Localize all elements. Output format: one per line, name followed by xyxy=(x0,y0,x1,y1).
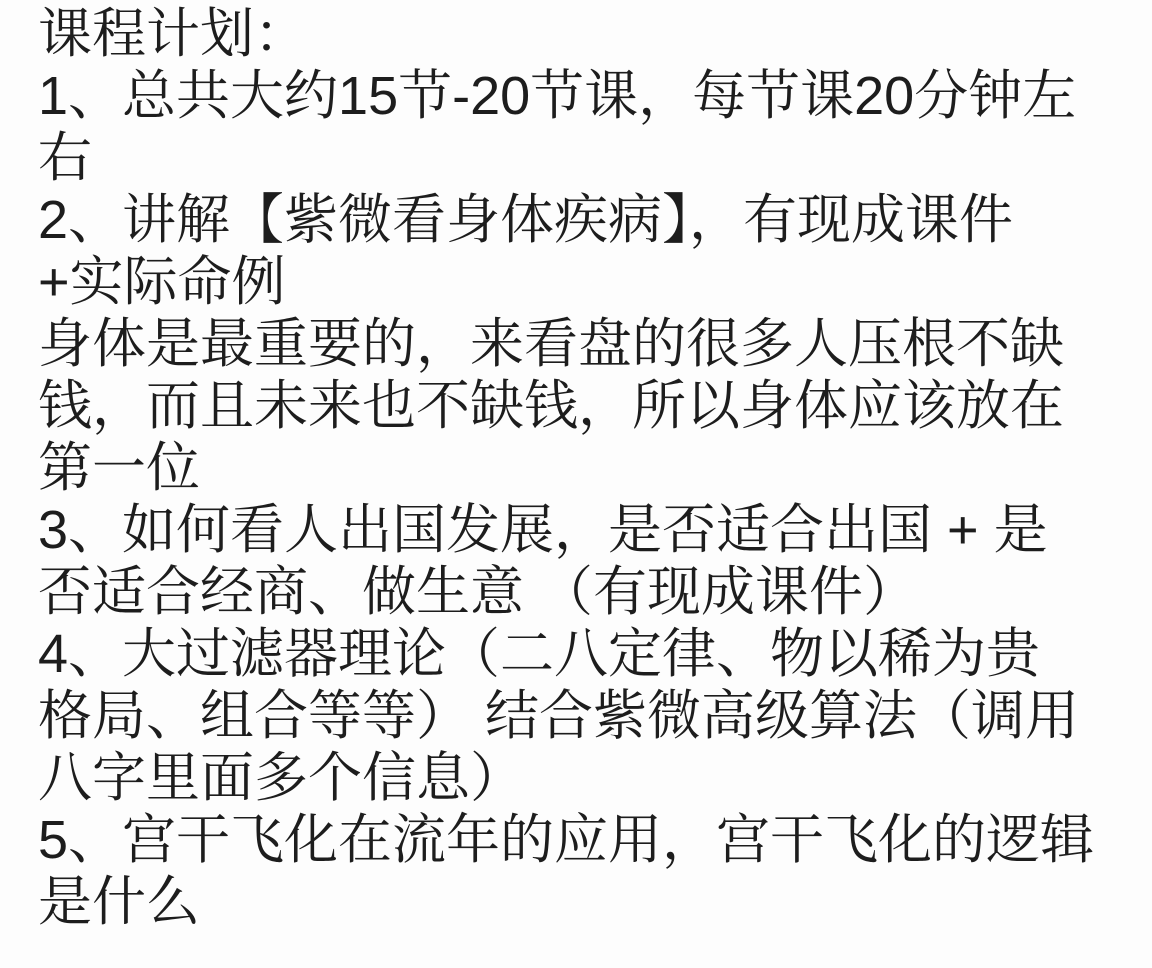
text-line: 5、宫干飞化在流年的应用，宫干飞化的逻辑 xyxy=(38,809,1144,871)
text-line: 2、讲解【紫微看身体疾病】，有现成课件 xyxy=(38,189,1144,251)
text-line: 第一位 xyxy=(38,437,1144,499)
text-line: 身体是最重要的，来看盘的很多人压根不缺 xyxy=(38,313,1144,375)
text-line: 钱，而且未来也不缺钱，所以身体应该放在 xyxy=(38,375,1144,437)
text-line: 右 xyxy=(38,127,1144,189)
text-line: 是什么 xyxy=(38,871,1144,933)
course-plan-document: 课程计划： 1、总共大约15节-20节课，每节课20分钟左 右 2、讲解【紫微看… xyxy=(0,0,1152,968)
text-line: 否适合经商、做生意 （有现成课件） xyxy=(38,561,1144,623)
page-title: 课程计划： xyxy=(38,3,1144,65)
text-line: 八字里面多个信息） xyxy=(38,747,1144,809)
text-line: 1、总共大约15节-20节课，每节课20分钟左 xyxy=(38,65,1144,127)
text-line: 3、如何看人出国发展，是否适合出国 + 是 xyxy=(38,499,1144,561)
text-line: 格局、组合等等） 结合紫微高级算法（调用 xyxy=(38,685,1144,747)
text-line: +实际命例 xyxy=(38,251,1144,313)
text-line: 4、大过滤器理论（二八定律、物以稀为贵 xyxy=(38,623,1144,685)
